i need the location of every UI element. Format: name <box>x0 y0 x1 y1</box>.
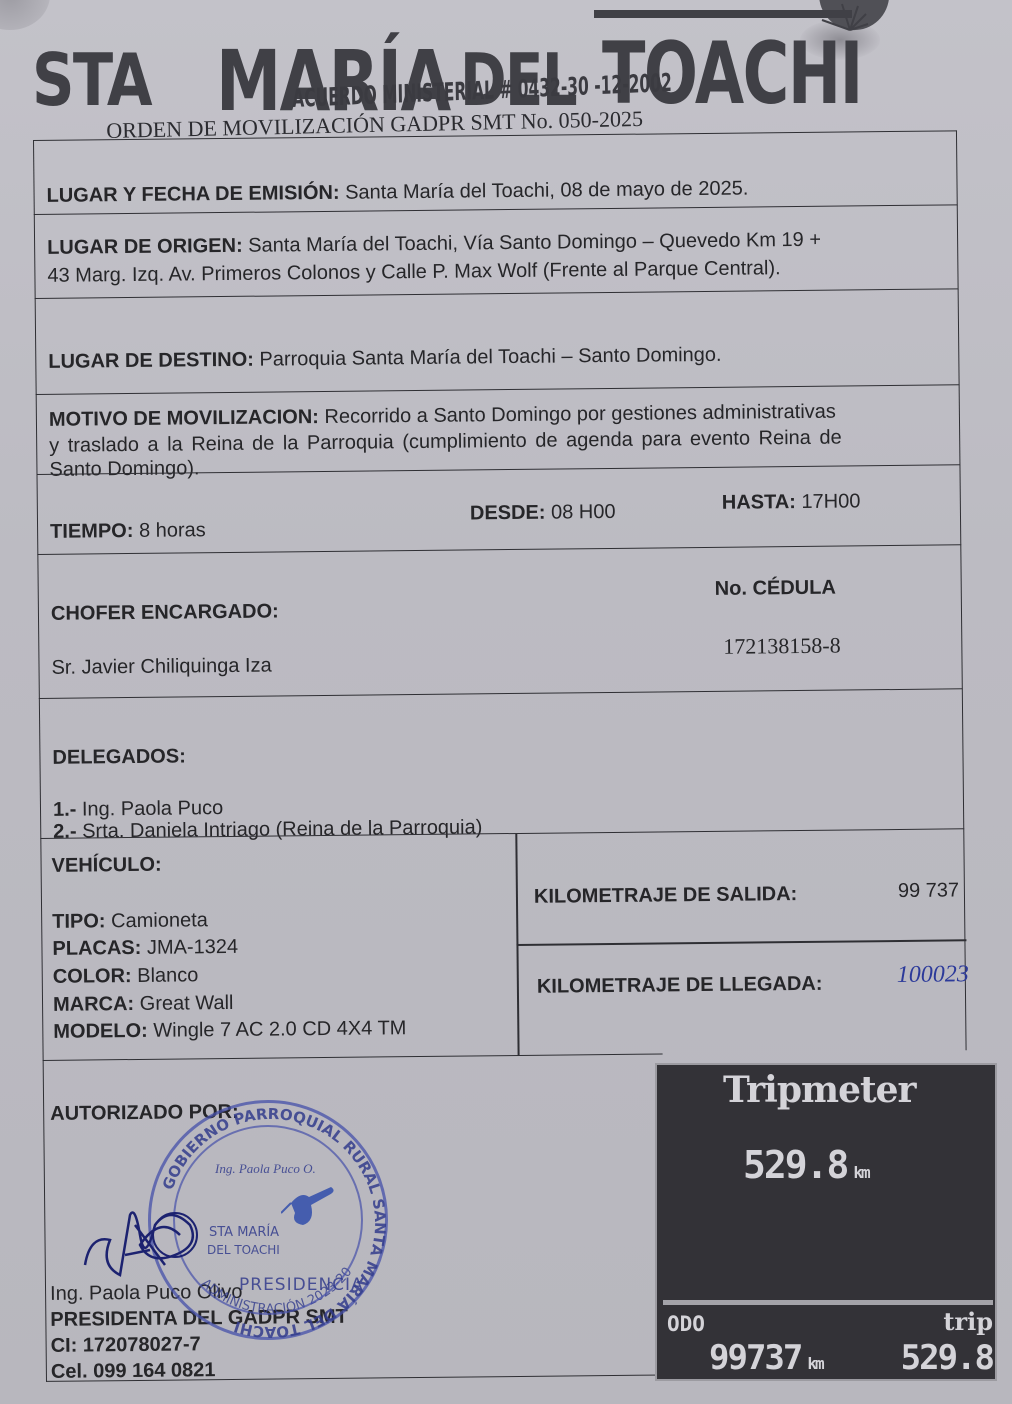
trip-value: 529.8 <box>901 1338 993 1378</box>
display-divider <box>663 1300 993 1305</box>
odo-unit: km <box>807 1354 822 1373</box>
chofer-label: CHOFER ENCARGADO: <box>51 600 279 625</box>
row-origen: LUGAR DE ORIGEN: Santa María del Toachi,… <box>34 204 959 298</box>
signature <box>80 1195 210 1285</box>
hummingbird-icon <box>281 1173 341 1233</box>
vehiculo-field: TIPO: Camioneta <box>52 909 208 934</box>
row-divider <box>516 939 966 945</box>
emision-label: LUGAR Y FECHA DE EMISIÓN: <box>46 182 339 207</box>
km-llegada-label: KILOMETRAJE DE LLEGADA: <box>537 973 823 999</box>
origen-label: LUGAR DE ORIGEN: <box>47 235 243 259</box>
document-page: STA MARÍA DEL TOACHI ACUERDO MINISTERIAL… <box>0 0 1012 1404</box>
desde-value: 08 H00 <box>551 501 616 524</box>
motivo-label: MOTIVO DE MOVILIZACION: <box>49 406 319 431</box>
row-destino: LUGAR DE DESTINO: Parroquia Santa María … <box>35 288 960 394</box>
tiempo-value: 8 horas <box>139 519 206 542</box>
hasta-value: 17H00 <box>801 490 860 513</box>
delegado-item: 1.- Ing. Paola Puco <box>53 797 223 822</box>
motivo-value-line1: Recorrido a Santo Domingo por gestiones … <box>324 401 836 428</box>
autorizado-cel: Cel. 099 164 0821 <box>51 1359 216 1384</box>
origen-value-line1: Santa María del Toachi, Vía Santo Doming… <box>248 229 821 257</box>
stamp-presidencia: PRESIDENCIA <box>239 1275 364 1295</box>
emision-value: Santa María del Toachi, 08 de mayo de 20… <box>345 178 748 204</box>
row-delegados: DELEGADOS: 1.- Ing. Paola Puco 2.- Srta.… <box>39 688 964 838</box>
destino-label: LUGAR DE DESTINO: <box>48 349 254 373</box>
trip-label: trip <box>943 1307 993 1336</box>
km-salida-label: KILOMETRAJE DE SALIDA: <box>534 883 798 909</box>
tripmeter-display: Tripmeter 529.8km ODO trip 99737km 529.8 <box>655 1063 997 1381</box>
row-motivo: MOTIVO DE MOVILIZACION: Recorrido a Sant… <box>36 384 961 474</box>
flower-icon <box>820 0 870 40</box>
vehiculo-label: VEHÍCULO: <box>51 854 161 878</box>
vehiculo-field: MODELO: Wingle 7 AC 2.0 CD 4X4 TM <box>53 1017 406 1044</box>
cedula-label: No. CÉDULA <box>715 577 836 601</box>
motivo-value-line2: y traslado a la Reina de la Parroquia (c… <box>49 427 842 458</box>
row-vehiculo: VEHÍCULO: TIPO: Camioneta PLACAS: JMA-13… <box>40 828 966 1060</box>
vehiculo-field: COLOR: Blanco <box>53 964 199 989</box>
tripmeter-value: 529.8 <box>743 1143 847 1187</box>
vehiculo-field: PLACAS: JMA-1324 <box>52 936 238 961</box>
chofer-name: Sr. Javier Chiliquinga Iza <box>51 655 271 680</box>
tiempo-label: TIEMPO: <box>50 520 134 543</box>
vehiculo-field: MARCA: Great Wall <box>53 992 234 1017</box>
row-tiempo: TIEMPO: 8 horas DESDE: 08 H00 HASTA: 17H… <box>36 464 961 554</box>
stamp-logo-line2: DEL TOACHI <box>207 1243 280 1257</box>
row-emision: LUGAR Y FECHA DE EMISIÓN: Santa María de… <box>33 130 958 214</box>
desde-label: DESDE: <box>470 502 546 525</box>
hasta-label: HASTA: <box>722 491 796 514</box>
odo-label: ODO <box>667 1312 705 1336</box>
tripmeter-title: Tripmeter <box>723 1069 915 1111</box>
km-salida-value: 99 737 <box>898 879 959 903</box>
odo-value: 99737 <box>709 1338 801 1378</box>
origen-value-line2: 43 Marg. Izq. Av. Primeros Colonos y Cal… <box>47 257 780 288</box>
cedula-value: 172138158-8 <box>723 633 841 660</box>
row-chofer: CHOFER ENCARGADO: Sr. Javier Chiliquinga… <box>37 544 962 698</box>
tripmeter-unit: km <box>853 1163 868 1182</box>
km-llegada-value-handwritten: 100023 <box>897 961 969 989</box>
logo-bar <box>594 10 852 18</box>
stamp-logo-line1: STA MARÍA <box>209 1225 279 1240</box>
logo-text-sta: STA <box>32 38 151 122</box>
destino-value: Parroquia Santa María del Toachi – Santo… <box>259 344 721 371</box>
delegados-label: DELEGADOS: <box>52 745 186 769</box>
